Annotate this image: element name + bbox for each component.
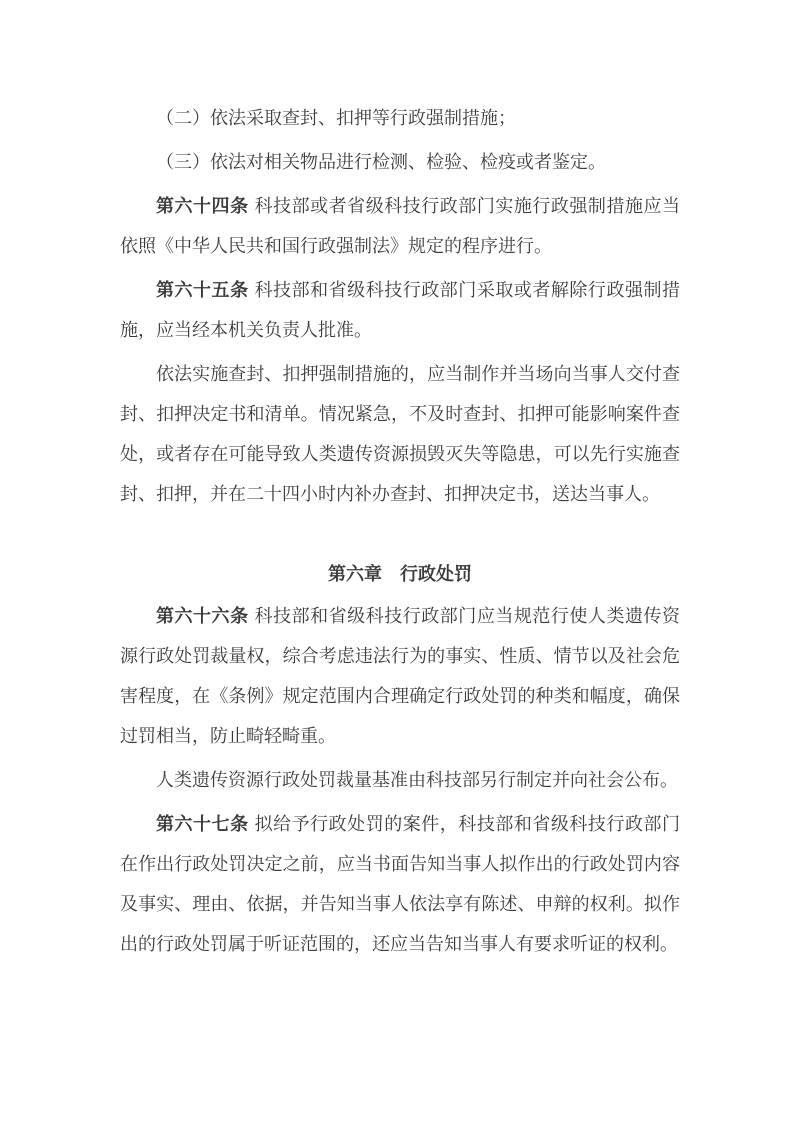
document-page: （二）依法采取查封、扣押等行政强制措施； （三）依法对相关物品进行检测、检验、检… [0,0,800,1131]
article-64: 第六十四条科技部或者省级科技行政部门实施行政强制措施应当依照《中华人民共和国行政… [120,186,680,266]
list-item-2: （二）依法采取查封、扣押等行政强制措施； [120,98,680,138]
paragraph-seizure-procedure: 依法实施查封、扣押强制措施的，应当制作并当场向当事人交付查封、扣押决定书和清单。… [120,354,680,514]
article-66-text: 科技部和省级科技行政部门应当规范行使人类遗传资源行政处罚裁量权，综合考虑违法行为… [120,606,680,746]
document-content: （二）依法采取查封、扣押等行政强制措施； （三）依法对相关物品进行检测、检验、检… [120,98,680,968]
chapter-6-heading: 第六章 行政处罚 [120,554,680,594]
list-item-3: （三）依法对相关物品进行检测、检验、检疫或者鉴定。 [120,142,680,182]
article-65-number: 第六十五条 [156,280,249,300]
article-64-number: 第六十四条 [156,196,249,216]
article-67-number: 第六十七条 [156,814,249,834]
article-66: 第六十六条科技部和省级科技行政部门应当规范行使人类遗传资源行政处罚裁量权，综合考… [120,596,680,756]
article-67-text: 拟给予行政处罚的案件，科技部和省级科技行政部门在作出行政处罚决定之前，应当书面告… [120,814,680,954]
article-67: 第六十七条拟给予行政处罚的案件，科技部和省级科技行政部门在作出行政处罚决定之前，… [120,804,680,964]
article-65: 第六十五条科技部和省级科技行政部门采取或者解除行政强制措施，应当经本机关负责人批… [120,270,680,350]
paragraph-discretion-benchmark: 人类遗传资源行政处罚裁量基准由科技部另行制定并向社会公布。 [120,760,680,800]
article-66-number: 第六十六条 [156,606,249,626]
